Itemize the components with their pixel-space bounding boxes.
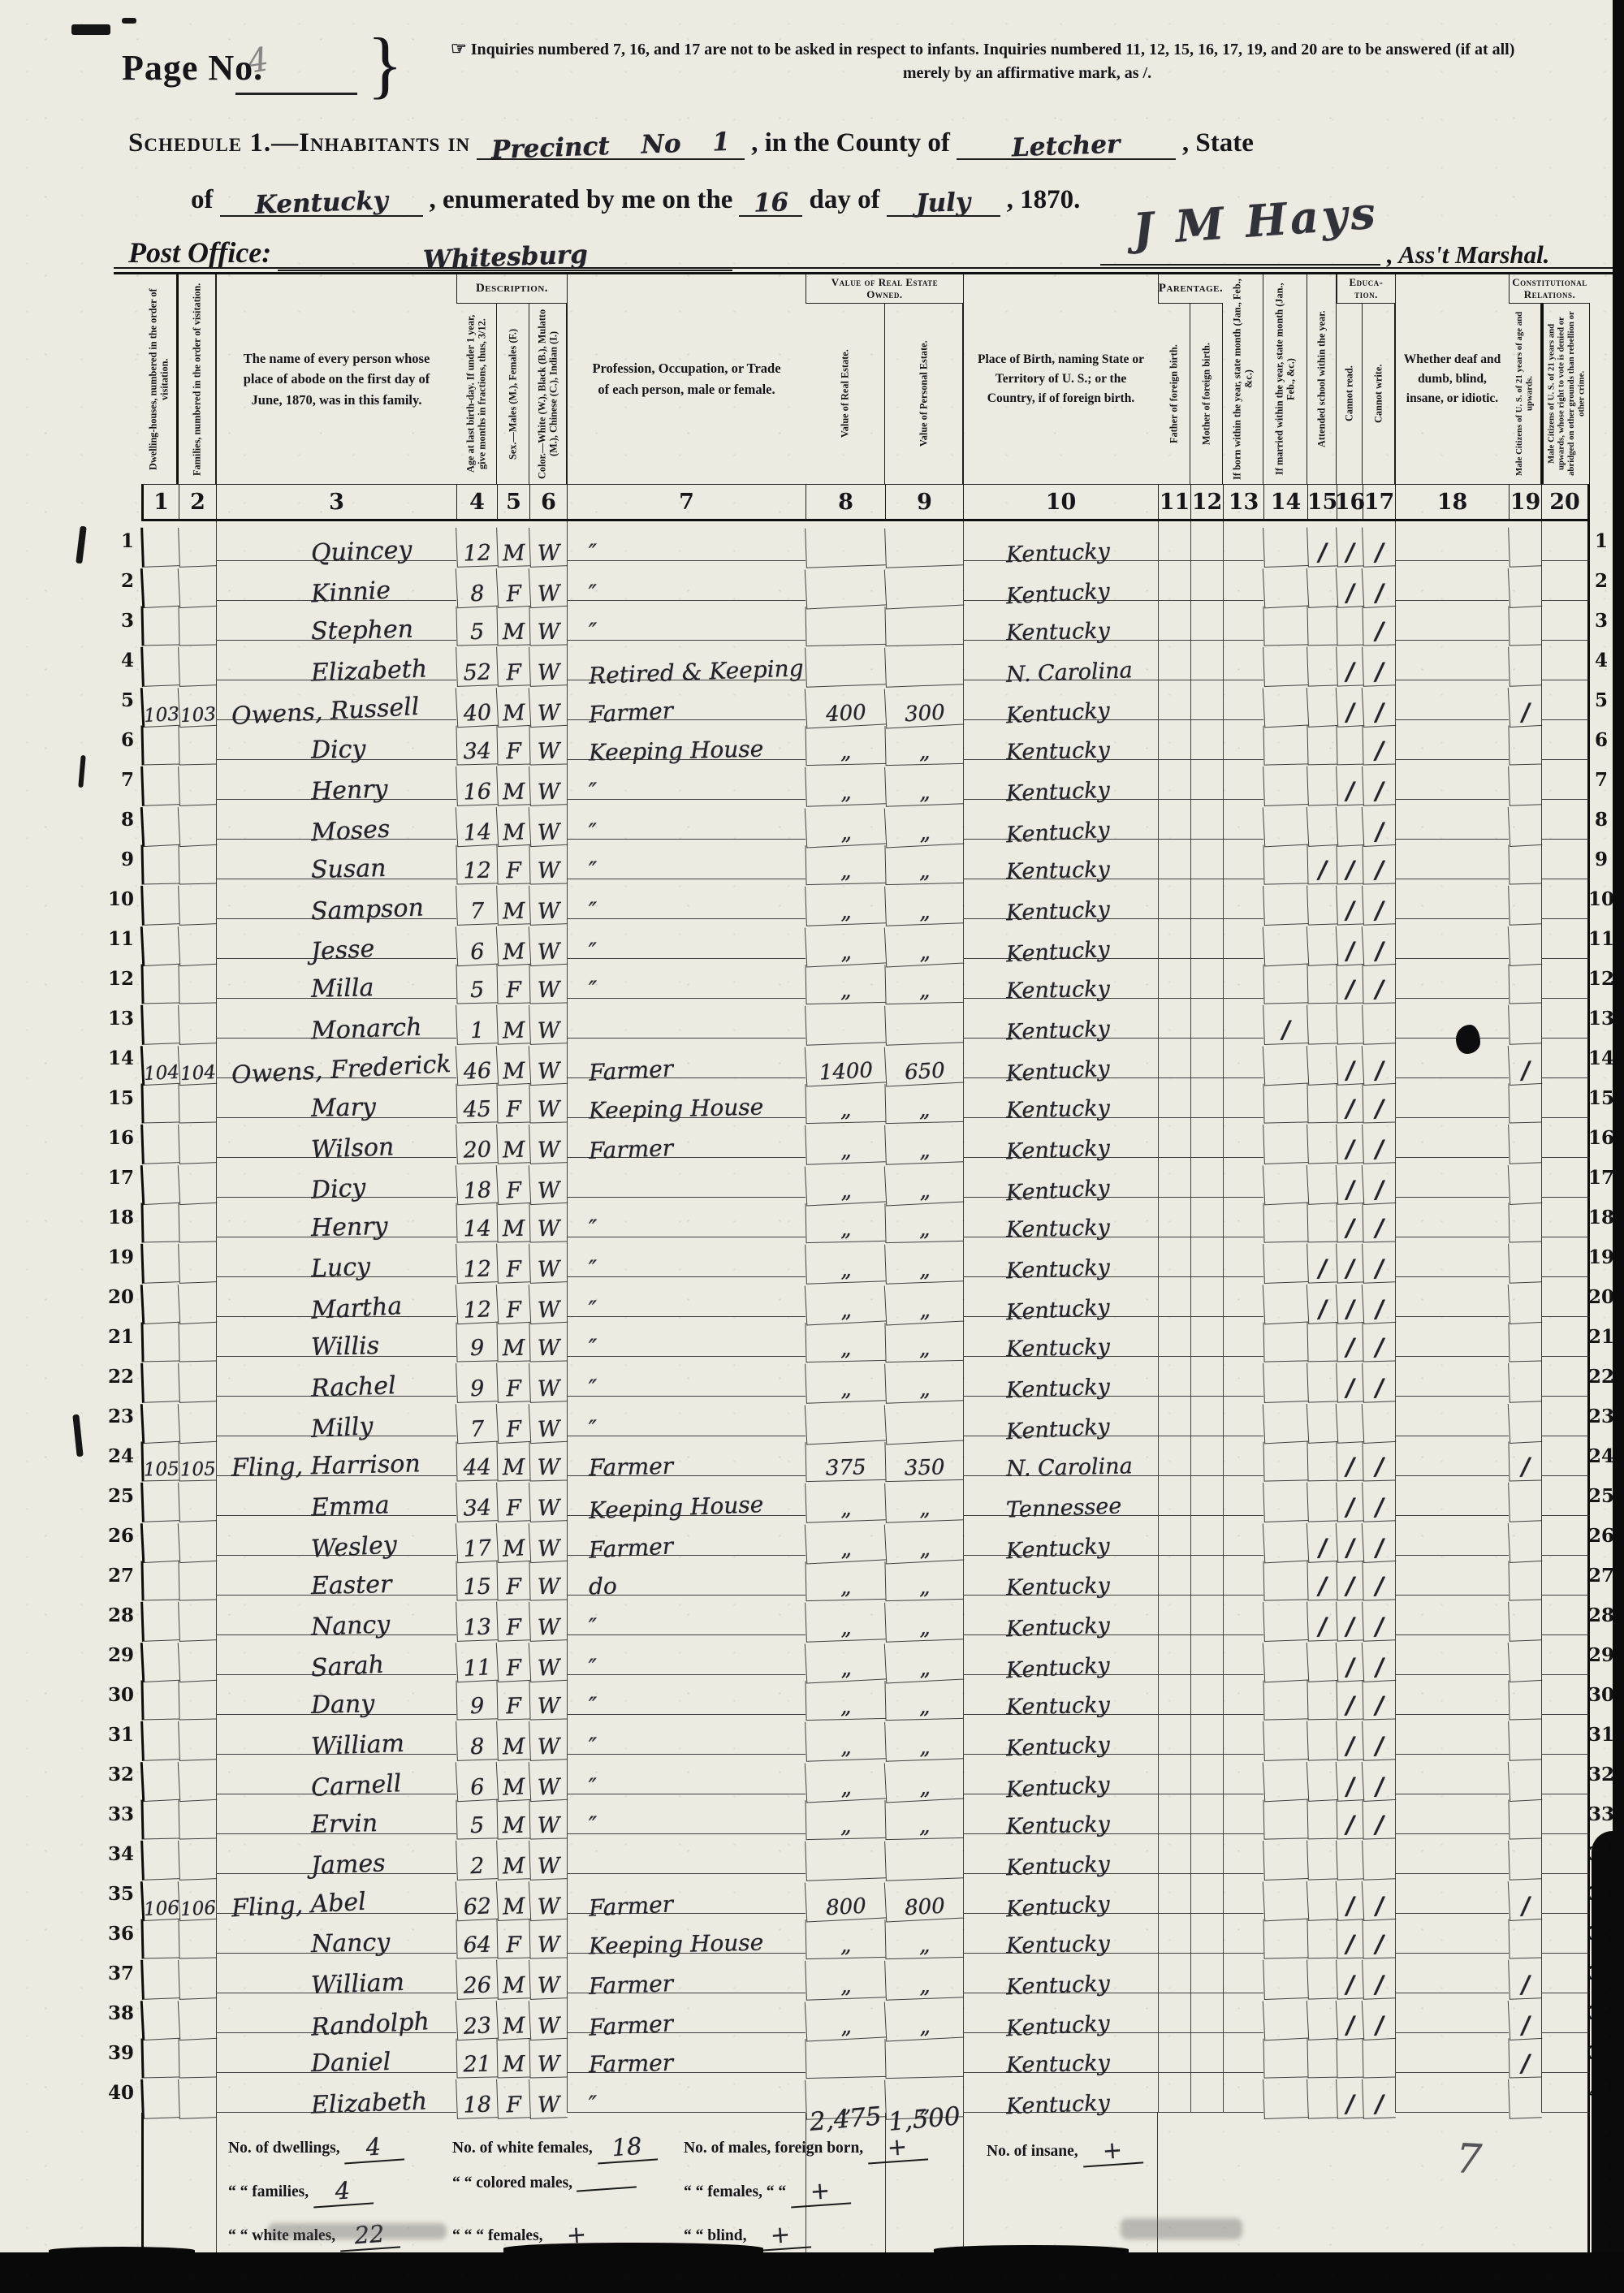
cell-cannot-write: / <box>1362 1600 1396 1641</box>
cell-occupation: ″ <box>567 760 806 800</box>
cell-father-foreign <box>1158 760 1190 800</box>
cell-married-month <box>1263 884 1308 926</box>
col-family-label: Families, numbered in the order of visit… <box>179 274 216 484</box>
cell-family <box>178 1283 218 1324</box>
cell-born-month <box>1223 1476 1263 1516</box>
row-number-left: 12 <box>114 959 141 999</box>
cell-cannot-read <box>1336 1004 1363 1044</box>
table-row: 35 106 106 Fling, Abel 62 M W Farmer 800… <box>114 1874 1613 1914</box>
cell-male-citizen <box>1508 884 1542 925</box>
cell-sex: M <box>496 765 530 805</box>
group-education: Educa- tion. <box>1337 274 1395 304</box>
cell-dwelling <box>140 1999 180 2040</box>
cell-age: 46 <box>456 1044 498 1086</box>
cell-school <box>1307 1164 1338 1205</box>
schedule-line-2: of Kentucky , enumerated by me on the 16… <box>191 185 1080 217</box>
col-school-label: Attended school within the year. <box>1307 274 1337 484</box>
cell-male-citizen <box>1508 1760 1543 1802</box>
row-number-right: 32 <box>1590 1755 1613 1794</box>
row-number-right: 24 <box>1590 1436 1613 1476</box>
cell-married-month <box>1263 686 1308 728</box>
schedule-title-line: Schedule 1.—Inhabitants in Precinct No 1… <box>128 128 1622 160</box>
table-row: 5 103 103 Owens, Russell 40 M W Farmer 4… <box>114 680 1613 720</box>
cell-real-estate: „ <box>805 923 886 967</box>
cell-personal-estate: „ <box>884 1799 963 1840</box>
cell-married-month <box>1263 567 1308 609</box>
cell-cannot-write: / <box>1362 1044 1397 1086</box>
cell-name: Willis <box>216 1317 456 1357</box>
cell-real-estate <box>805 2037 885 2079</box>
cell-birthplace: Kentucky <box>963 1277 1158 1317</box>
cell-real-estate: „ <box>805 844 885 885</box>
cell-dwelling <box>140 605 179 646</box>
cell-school <box>1307 686 1338 728</box>
col-color-label: Color.—White (W.), Black (B.), Mulatto (… <box>529 304 567 484</box>
table-row: 27 Easter 15 F W do „ „ Kentucky / / / 2… <box>114 1556 1613 1596</box>
table-row: 30 Dany 9 F W ″ „ „ Kentucky / / 30 <box>114 1675 1613 1715</box>
cell-mother-foreign <box>1190 1596 1223 1635</box>
cell-occupation: Farmer <box>567 1993 806 2033</box>
table-row: 37 William 26 M W Farmer „ „ Kentucky / … <box>114 1954 1613 1993</box>
cell-cannot-read <box>1336 1402 1364 1444</box>
cell-school <box>1307 1481 1337 1522</box>
cell-birthplace: N. Carolina <box>963 641 1158 680</box>
cell-family <box>178 1082 216 1123</box>
row-number-right: 17 <box>1590 1158 1613 1198</box>
cell-color: W <box>529 884 568 926</box>
cell-real-estate: 1400 <box>805 1043 886 1086</box>
cell-name: Easter <box>216 1556 456 1596</box>
row-number-left: 35 <box>114 1874 141 1914</box>
row-number-left: 5 <box>114 680 141 720</box>
cell-cannot-write: / <box>1362 567 1397 608</box>
cell-personal-estate: „ <box>884 1282 964 1326</box>
cell-dwelling <box>140 526 179 568</box>
table-body: 1 Quincey 12 M W ″ Kentucky / / / 1 2 Ki… <box>114 521 1613 2113</box>
cell-born-month <box>1223 1914 1263 1954</box>
cell-color: W <box>529 1362 568 1403</box>
post-office-handwritten: Whitesburg <box>422 240 588 274</box>
cell-father-foreign <box>1158 1357 1190 1397</box>
cell-occupation: ″ <box>567 1596 806 1635</box>
cell-occupation: ″ <box>567 1237 806 1277</box>
cell-age: 12 <box>456 1283 498 1325</box>
cell-school <box>1307 1919 1337 1959</box>
cell-school <box>1307 805 1338 847</box>
table-row: 32 Carnell 6 M W ″ „ „ Kentucky / / 32 <box>114 1755 1613 1794</box>
cell-vote-denied <box>1541 1834 1590 1874</box>
table-row: 19 Lucy 12 F W ″ „ „ Kentucky / / / 19 <box>114 1237 1613 1277</box>
cell-school <box>1307 1044 1338 1086</box>
cell-married-month <box>1263 2037 1307 2078</box>
cell-age: 5 <box>456 605 497 646</box>
cell-school <box>1307 1720 1337 1760</box>
cell-born-month <box>1223 840 1263 879</box>
cell-color: W <box>529 1242 568 1284</box>
cell-deaf-dumb <box>1395 1993 1509 2033</box>
cell-family <box>178 1560 216 1600</box>
cell-dwelling <box>140 1362 179 1403</box>
cell-mother-foreign <box>1190 800 1223 840</box>
cell-age: 5 <box>456 963 497 1004</box>
cell-married-month <box>1263 1760 1308 1803</box>
cell-vote-denied <box>1541 1755 1590 1794</box>
cell-school: / <box>1307 1561 1337 1601</box>
cell-cannot-write: / <box>1362 646 1396 686</box>
cell-married-month <box>1263 1560 1307 1600</box>
cell-family <box>178 1522 218 1563</box>
cell-deaf-dumb <box>1395 959 1509 999</box>
cell-male-citizen: / <box>1508 686 1543 728</box>
cell-vote-denied <box>1541 2073 1590 2113</box>
cell-occupation: Keeping House <box>567 1914 806 1954</box>
state-word: , State <box>1182 128 1254 158</box>
cell-personal-estate <box>884 566 964 610</box>
cell-married-month <box>1263 1283 1308 1325</box>
cell-age: 5 <box>456 1799 497 1839</box>
cell-personal-estate: „ <box>884 1082 963 1124</box>
cell-personal-estate <box>884 645 964 687</box>
cell-dwelling <box>140 1560 179 1600</box>
row-number-right: 20 <box>1590 1277 1613 1317</box>
cell-personal-estate: „ <box>884 1242 964 1284</box>
cell-dwelling <box>140 844 179 884</box>
cell-vote-denied <box>1541 1715 1590 1755</box>
cell-vote-denied <box>1541 1436 1590 1476</box>
cell-sex: M <box>496 526 530 567</box>
cell-deaf-dumb <box>1395 1675 1509 1715</box>
cell-sex: M <box>496 1123 530 1164</box>
cell-cannot-write <box>1362 1839 1396 1880</box>
cell-born-month <box>1223 760 1263 800</box>
cell-school: / <box>1307 1600 1337 1641</box>
cell-sex: M <box>496 1441 529 1482</box>
cell-married-month <box>1263 1123 1308 1164</box>
cell-vote-denied <box>1541 1397 1590 1436</box>
cell-age: 15 <box>456 1560 497 1600</box>
row-number-left: 27 <box>114 1556 141 1596</box>
cell-family <box>178 1720 217 1761</box>
cell-name: Dicy <box>216 1158 456 1198</box>
cell-deaf-dumb <box>1395 1715 1509 1755</box>
cell-sex: M <box>496 1958 530 1999</box>
cell-real-estate: „ <box>805 1560 885 1601</box>
cell-name: Kinnie <box>216 561 456 601</box>
cell-personal-estate: 350 <box>884 1440 963 1482</box>
cell-dwelling <box>140 646 179 687</box>
group-parentage: Parentage. <box>1158 274 1223 304</box>
cell-married-month <box>1263 1321 1307 1362</box>
cell-cannot-read: / <box>1336 646 1363 686</box>
cell-cannot-read: / <box>1336 1123 1363 1164</box>
cell-cannot-write: / <box>1362 1164 1397 1205</box>
cell-cannot-write: / <box>1362 1958 1396 1999</box>
cell-real-estate <box>805 565 886 609</box>
cell-born-month <box>1223 1874 1263 1914</box>
row-number-left: 39 <box>114 2033 141 2073</box>
table-row: 28 Nancy 13 F W ″ „ „ Kentucky / / / 28 <box>114 1596 1613 1635</box>
cell-age: 14 <box>456 1202 497 1242</box>
cell-male-citizen <box>1508 526 1542 567</box>
cell-mother-foreign <box>1190 601 1223 641</box>
cell-occupation: ″ <box>567 800 806 840</box>
cell-family <box>178 1321 216 1362</box>
cell-name: Quincey <box>216 521 456 561</box>
cell-cannot-write: / <box>1362 765 1396 805</box>
cell-male-citizen <box>1508 805 1543 847</box>
cell-vote-denied <box>1541 1954 1590 1993</box>
table-row: 13 Monarch 1 M W Kentucky / 13 <box>114 999 1613 1039</box>
col-deaf-dumb-label: Whether deaf and dumb, blind, insane, or… <box>1395 274 1509 484</box>
cell-school <box>1307 1839 1337 1880</box>
cell-male-citizen <box>1508 1919 1541 1959</box>
cell-family <box>178 1958 217 2000</box>
row-number-left: 9 <box>114 840 141 879</box>
cell-father-foreign <box>1158 1237 1190 1277</box>
cell-mother-foreign <box>1190 1914 1223 1954</box>
cell-family <box>178 724 216 765</box>
cell-male-citizen <box>1508 1839 1542 1880</box>
cell-school <box>1307 2038 1337 2079</box>
col-number: 4 <box>456 484 497 521</box>
cell-cannot-write: / <box>1362 686 1397 728</box>
table-header: Dwelling-houses, numbered in the order o… <box>114 272 1613 521</box>
cell-male-citizen <box>1508 1481 1542 1522</box>
cell-occupation: Retired & Keeping <box>567 641 806 680</box>
col-personal-estate-label: Value of Personal Estate. <box>885 304 963 484</box>
cell-color: W <box>529 1004 568 1045</box>
cell-school <box>1307 1083 1337 1124</box>
cell-vote-denied <box>1541 1794 1590 1834</box>
cell-personal-estate: „ <box>884 1361 964 1403</box>
cell-mother-foreign <box>1190 680 1223 720</box>
cell-real-estate: „ <box>805 724 885 766</box>
cell-sex: M <box>496 1203 529 1243</box>
cell-dwelling <box>140 1123 179 1164</box>
cell-sex: M <box>496 1839 530 1880</box>
cell-family <box>178 1004 217 1045</box>
cell-real-estate: „ <box>805 1600 886 1643</box>
cell-vote-denied <box>1541 1158 1590 1198</box>
row-number-left: 29 <box>114 1635 141 1675</box>
cell-occupation: ″ <box>567 919 806 959</box>
cell-occupation: ″ <box>567 1794 806 1834</box>
cell-mother-foreign <box>1190 840 1223 879</box>
cell-family <box>178 1402 218 1444</box>
cell-family <box>178 844 216 884</box>
cell-age: 12 <box>456 1242 498 1284</box>
cell-real-estate: „ <box>805 1162 886 1206</box>
table-row: 17 Dicy 18 F W „ „ Kentucky / / 17 <box>114 1158 1613 1198</box>
cell-color: W <box>529 1641 568 1682</box>
cell-deaf-dumb <box>1395 1357 1509 1397</box>
brace-glyph: } <box>367 21 403 107</box>
cell-mother-foreign <box>1190 1317 1223 1357</box>
table-row: 11 Jesse 6 M W ″ „ „ Kentucky / / 11 <box>114 919 1613 959</box>
cell-vote-denied <box>1541 561 1590 601</box>
col-cannot-read-label: Cannot read. <box>1337 304 1363 484</box>
cell-cannot-read: / <box>1336 1919 1363 1959</box>
cell-sex: F <box>496 1680 529 1721</box>
cell-born-month <box>1223 680 1263 720</box>
cell-sex: M <box>496 1004 530 1044</box>
cell-deaf-dumb <box>1395 1516 1509 1556</box>
cell-personal-estate: „ <box>884 1122 964 1164</box>
cell-cannot-read: / <box>1336 884 1363 925</box>
cell-occupation: Farmer <box>567 1118 806 1158</box>
cell-age: 45 <box>456 1082 497 1123</box>
cell-school: / <box>1307 844 1337 885</box>
cell-school <box>1307 1322 1337 1362</box>
row-number-left: 18 <box>114 1198 141 1237</box>
cell-male-citizen: / <box>1508 1999 1543 2040</box>
cell-married-month <box>1263 1242 1308 1284</box>
cell-married-month <box>1263 1839 1308 1881</box>
cell-born-month <box>1223 999 1263 1039</box>
cell-color: W <box>529 1958 568 2000</box>
cell-deaf-dumb <box>1395 720 1509 760</box>
cell-vote-denied <box>1541 601 1590 641</box>
row-number-left: 15 <box>114 1078 141 1118</box>
row-number-right: 11 <box>1590 919 1613 959</box>
cell-occupation: ″ <box>567 879 806 919</box>
row-number-left: 4 <box>114 641 141 680</box>
cell-sex: F <box>496 844 529 885</box>
cell-sex: M <box>496 884 530 925</box>
cell-cannot-read: / <box>1336 1561 1363 1601</box>
cell-real-estate: „ <box>805 963 885 1004</box>
cell-family <box>178 1600 217 1642</box>
col-number: 11 <box>1158 484 1190 521</box>
cell-father-foreign <box>1158 2033 1190 2073</box>
cell-deaf-dumb <box>1395 1397 1509 1436</box>
col-married-month-label: If married within the year, state month … <box>1263 274 1307 484</box>
cell-real-estate: „ <box>805 1082 885 1124</box>
cell-age: 8 <box>456 567 498 609</box>
cell-birthplace: Kentucky <box>963 1715 1158 1755</box>
day-of-label: day of <box>809 185 879 215</box>
cell-father-foreign <box>1158 680 1190 720</box>
table-row: 38 Randolph 23 M W Farmer „ „ Kentucky /… <box>114 1993 1613 2033</box>
cell-color: W <box>529 1481 568 1522</box>
stat-colored-males: “ “ colored males, <box>452 2174 637 2192</box>
table-row: 26 Wesley 17 M W Farmer „ „ Kentucky / /… <box>114 1516 1613 1556</box>
cell-age: 9 <box>456 1321 497 1362</box>
cell-personal-estate: „ <box>884 1480 964 1522</box>
cell-school <box>1307 925 1338 966</box>
cell-father-foreign <box>1158 1436 1190 1476</box>
cell-age: 52 <box>456 646 498 687</box>
cell-dwelling <box>140 1679 179 1720</box>
cell-family <box>178 805 218 847</box>
cell-cannot-read: / <box>1336 1283 1364 1324</box>
cell-cannot-read: / <box>1336 1760 1364 1802</box>
cell-birthplace: Kentucky <box>963 1794 1158 1834</box>
cell-name: Henry <box>216 760 456 800</box>
cell-personal-estate: „ <box>884 1163 964 1207</box>
cell-cannot-read: / <box>1336 765 1363 805</box>
cell-birthplace: Kentucky <box>963 1874 1158 1914</box>
cell-age: 7 <box>456 1402 498 1444</box>
cell-school <box>1307 1880 1338 1921</box>
cell-sex: M <box>496 925 531 966</box>
cell-name: Nancy <box>216 1914 456 1954</box>
instructions-line2: merely by an affirmative mark, as /. <box>451 62 1604 85</box>
cell-born-month <box>1223 1715 1263 1755</box>
cell-married-month <box>1263 1999 1308 2041</box>
scan-bump <box>49 2247 195 2254</box>
cell-mother-foreign <box>1190 1436 1223 1476</box>
cell-born-month <box>1223 1397 1263 1436</box>
row-number-right: 31 <box>1590 1715 1613 1755</box>
row-number-left: 13 <box>114 999 141 1039</box>
cell-age: 18 <box>456 1164 498 1206</box>
cell-male-citizen <box>1508 1680 1541 1721</box>
cell-cannot-read: / <box>1336 844 1363 885</box>
row-number-left: 31 <box>114 1715 141 1755</box>
page-number-underline <box>235 93 357 95</box>
cell-male-citizen <box>1508 1083 1541 1124</box>
cell-sex: M <box>496 1044 531 1086</box>
cell-occupation: Farmer <box>567 2033 806 2073</box>
cell-dwelling <box>140 1082 179 1123</box>
cell-sex: F <box>496 725 529 766</box>
cell-born-month <box>1223 919 1263 959</box>
cell-real-estate: „ <box>805 1520 886 1564</box>
cell-name: Wesley <box>216 1516 456 1556</box>
col-number: 1 <box>141 484 179 521</box>
cell-mother-foreign <box>1190 1277 1223 1317</box>
cell-born-month <box>1223 879 1263 919</box>
cell-deaf-dumb <box>1395 919 1509 959</box>
post-office-line: Post Office: Whitesburg <box>128 235 732 271</box>
row-number-right: 1 <box>1590 521 1613 561</box>
cell-mother-foreign <box>1190 641 1223 680</box>
cell-occupation: Farmer <box>567 1039 806 1078</box>
cell-married-month <box>1263 844 1307 884</box>
cell-sex: M <box>496 1522 531 1563</box>
cell-family <box>178 2037 216 2078</box>
cell-color: W <box>529 605 567 646</box>
ink-blot <box>1456 1025 1480 1054</box>
cell-family <box>178 925 218 966</box>
cell-personal-estate <box>884 1401 964 1445</box>
cell-mother-foreign <box>1190 1158 1223 1198</box>
cell-real-estate <box>805 1838 886 1881</box>
cell-cannot-write: / <box>1362 1880 1397 1921</box>
cell-color: W <box>529 1880 568 1921</box>
cell-mother-foreign <box>1190 879 1223 919</box>
cell-male-citizen <box>1508 646 1542 686</box>
row-number-right: 23 <box>1590 1397 1613 1436</box>
cell-father-foreign <box>1158 1993 1190 2033</box>
cell-family <box>178 1799 216 1839</box>
cell-dwelling <box>140 724 179 765</box>
cell-school <box>1307 1004 1337 1044</box>
cell-cannot-write: / <box>1362 1522 1397 1563</box>
county-of-label: , in the County of <box>751 128 950 158</box>
cell-name: Randolph <box>216 1993 456 2033</box>
cell-married-month <box>1263 526 1308 568</box>
row-number-right: 3 <box>1590 601 1613 641</box>
cell-birthplace: Kentucky <box>963 1993 1158 2033</box>
cell-color: W <box>529 1679 567 1720</box>
cell-occupation: ″ <box>567 1397 806 1436</box>
cell-real-estate: „ <box>805 1480 886 1523</box>
cell-occupation: Keeping House <box>567 1078 806 1118</box>
row-number-right: 26 <box>1590 1516 1613 1556</box>
cell-born-month <box>1223 1198 1263 1237</box>
